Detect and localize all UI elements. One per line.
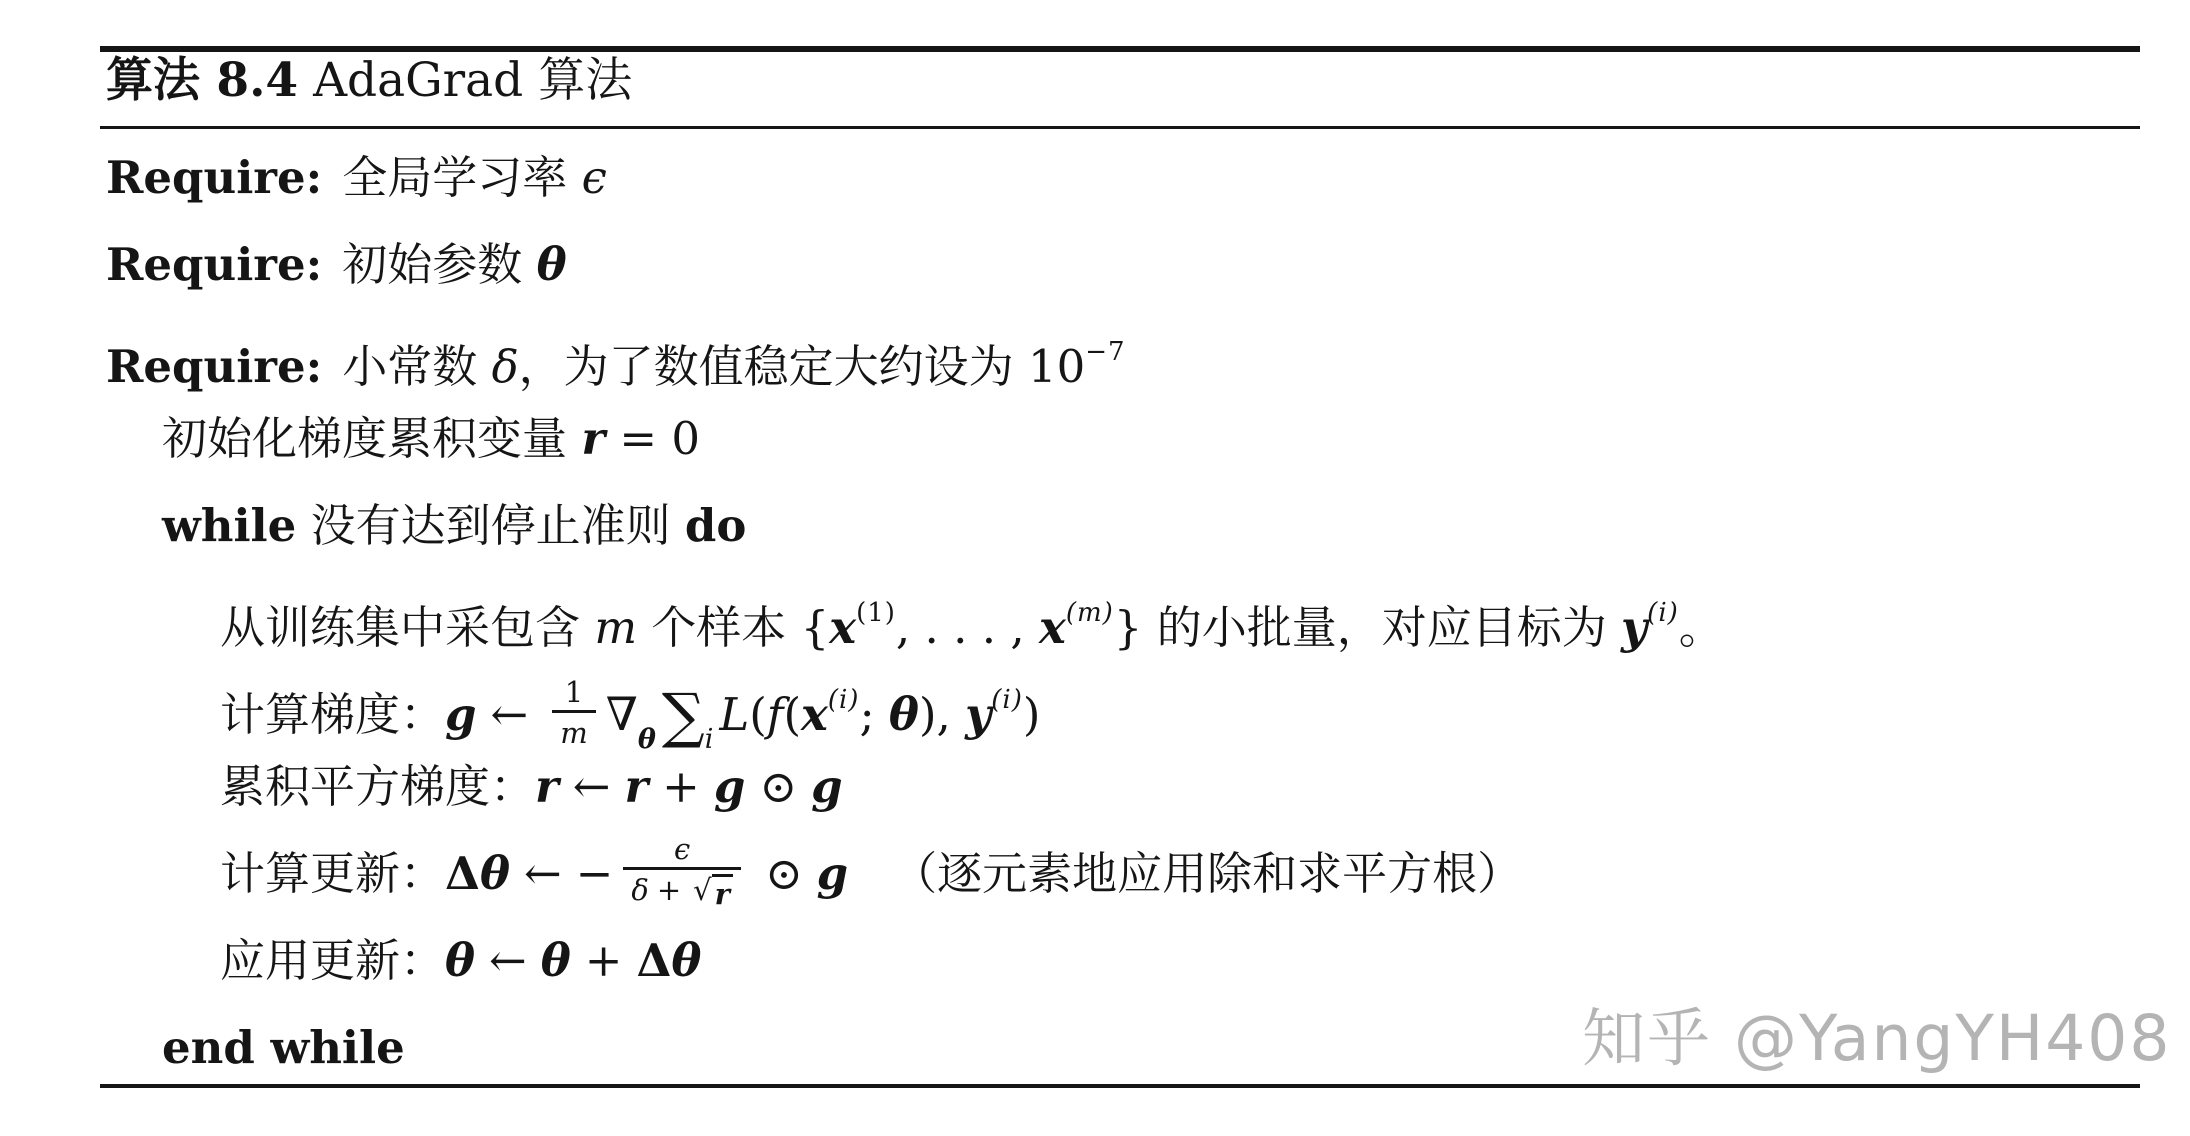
theta-symbol: θ xyxy=(889,688,919,741)
epsilon-symbol: ϵ xyxy=(582,151,607,204)
require-line-3: Require:小常数 δ，为了数值稳定大约设为 10−7 xyxy=(106,307,1126,397)
compute-gradient-line: 计算梯度：g←1m∇θ∑iL(f(x(i); θ), y(i)) xyxy=(220,655,1040,745)
superscript-1: (1) xyxy=(856,598,896,628)
nabla-operator: ∇ xyxy=(606,687,638,741)
require1-text: 全局学习率 xyxy=(342,151,581,204)
require-keyword: Require: xyxy=(106,151,322,204)
accumulate-gradient-line: 累积平方梯度：r←r+g⊙g xyxy=(220,742,843,832)
semicolon: ; xyxy=(859,688,888,741)
var-r: r xyxy=(712,874,733,910)
plus-operator: + xyxy=(657,874,681,906)
init-accumulator-line: 初始化梯度累积变量 r = 0 xyxy=(162,394,700,484)
algorithm-title: 算法 8.4 AdaGrad 算法 xyxy=(106,36,632,126)
zhihu-watermark: 知乎 @YangYH408 xyxy=(1582,998,2171,1080)
loss-function-L: L xyxy=(719,688,749,741)
theta-symbol: θ xyxy=(537,238,567,291)
fraction-1-over-m: 1m xyxy=(552,676,596,749)
while-keyword: while xyxy=(162,499,296,552)
plus-operator: + xyxy=(662,760,700,813)
algorithm-name: AdaGrad 算法 xyxy=(298,53,632,108)
paren-open: ( xyxy=(749,688,767,741)
compute-update-line: 计算更新：Δθ←−ϵδ+√r⊙g（逐元素地应用除和求平方根） xyxy=(220,829,1522,919)
assign-arrow: ← xyxy=(573,760,611,813)
require2-text: 初始参数 xyxy=(342,238,536,291)
var-g: g xyxy=(714,760,745,813)
ellipsis-dots: , . . . , xyxy=(896,601,1039,654)
sample-text-3: } 的小批量，对应目标为 xyxy=(1114,601,1621,654)
summation-operator: ∑ xyxy=(662,681,705,751)
fraction-eps-over-delta-sqrt-r: ϵδ+√r xyxy=(623,833,741,910)
require-line-2: Require:初始参数 θ xyxy=(106,220,567,310)
var-g: g xyxy=(811,760,842,813)
require3-text-1: 小常数 xyxy=(342,340,491,393)
model-function-f: f xyxy=(767,688,784,741)
delta-symbol: δ xyxy=(631,874,648,906)
sample-text-1: 从训练集中采包含 xyxy=(220,601,594,654)
elementwise-product-operator: ⊙ xyxy=(759,760,797,813)
paren-close: ) xyxy=(1023,688,1041,741)
fraction-denominator: δ+√r xyxy=(623,867,741,910)
var-g: g xyxy=(817,847,848,900)
assign-arrow: ← xyxy=(489,934,527,987)
fraction-numerator-epsilon: ϵ xyxy=(666,833,698,866)
capital-delta: Δ xyxy=(636,934,671,987)
superscript-m: (m) xyxy=(1066,598,1114,628)
compute-update-label: 计算更新： xyxy=(220,847,445,900)
paren-close-comma: ), xyxy=(919,688,965,741)
ten-base: 10 xyxy=(1028,340,1085,393)
theta-symbol: θ xyxy=(445,934,475,987)
algorithm-number: 算法 8.4 xyxy=(106,53,298,108)
sample-text-2: 个样本 { xyxy=(637,601,829,654)
do-keyword: do xyxy=(685,499,746,552)
var-g: g xyxy=(445,688,476,741)
var-y: y xyxy=(1621,601,1647,654)
assign-arrow: ← xyxy=(524,847,562,900)
square-root: √r xyxy=(693,874,733,910)
theta-symbol: θ xyxy=(480,847,510,900)
var-r: r xyxy=(624,760,648,813)
exponent-minus-7: −7 xyxy=(1085,337,1125,367)
delta-symbol: δ xyxy=(492,340,519,393)
algorithm-page: 算法 8.4 AdaGrad 算法 Require:全局学习率 ϵ Requir… xyxy=(0,0,2190,1136)
superscript-i: (i) xyxy=(991,685,1023,715)
accumulate-label: 累积平方梯度： xyxy=(220,760,535,813)
end-while-keyword: end while xyxy=(162,1021,405,1074)
var-x: x xyxy=(1039,601,1066,654)
var-r: r xyxy=(581,412,605,465)
capital-delta: Δ xyxy=(445,847,480,900)
require-keyword: Require: xyxy=(106,340,322,393)
plus-operator: + xyxy=(585,934,623,987)
require-keyword: Require: xyxy=(106,238,322,291)
var-x: x xyxy=(829,601,856,654)
require3-text-2: ，为了数值稳定大约设为 xyxy=(519,340,1028,393)
var-r: r xyxy=(535,760,559,813)
apply-update-label: 应用更新： xyxy=(220,934,445,987)
bottom-rule xyxy=(100,1084,2140,1088)
sample-period: 。 xyxy=(1679,601,1724,654)
while-condition: 没有达到停止准则 xyxy=(296,499,685,552)
algorithm-box: 算法 8.4 AdaGrad 算法 Require:全局学习率 ϵ Requir… xyxy=(100,0,2140,1136)
title-divider-rule xyxy=(100,126,2140,129)
superscript-i: (i) xyxy=(828,685,860,715)
fraction-numerator: 1 xyxy=(557,676,591,709)
elementwise-product-operator: ⊙ xyxy=(765,847,803,900)
elementwise-note: （逐元素地应用除和求平方根） xyxy=(892,847,1522,900)
gradient-label: 计算梯度： xyxy=(220,688,445,741)
minus-sign: − xyxy=(576,847,614,900)
superscript-i: (i) xyxy=(1647,598,1679,628)
sample-minibatch-line: 从训练集中采包含 m 个样本 {x(1), . . . , x(m)} 的小批量… xyxy=(220,568,1724,658)
assign-arrow: ← xyxy=(490,688,528,741)
var-m: m xyxy=(594,601,637,654)
var-x: x xyxy=(801,688,828,741)
paren-open: ( xyxy=(783,688,801,741)
radical-sign: √ xyxy=(693,874,711,910)
while-line: while 没有达到停止准则 do xyxy=(162,481,746,571)
end-while-line: end while xyxy=(162,1003,405,1093)
theta-symbol: θ xyxy=(541,934,571,987)
require-line-1: Require:全局学习率 ϵ xyxy=(106,133,607,223)
init-text: 初始化梯度累积变量 xyxy=(162,412,581,465)
theta-symbol: θ xyxy=(671,934,701,987)
apply-update-line: 应用更新：θ←θ+Δθ xyxy=(220,916,701,1006)
init-equals-zero: = 0 xyxy=(605,412,700,465)
var-y: y xyxy=(965,688,991,741)
